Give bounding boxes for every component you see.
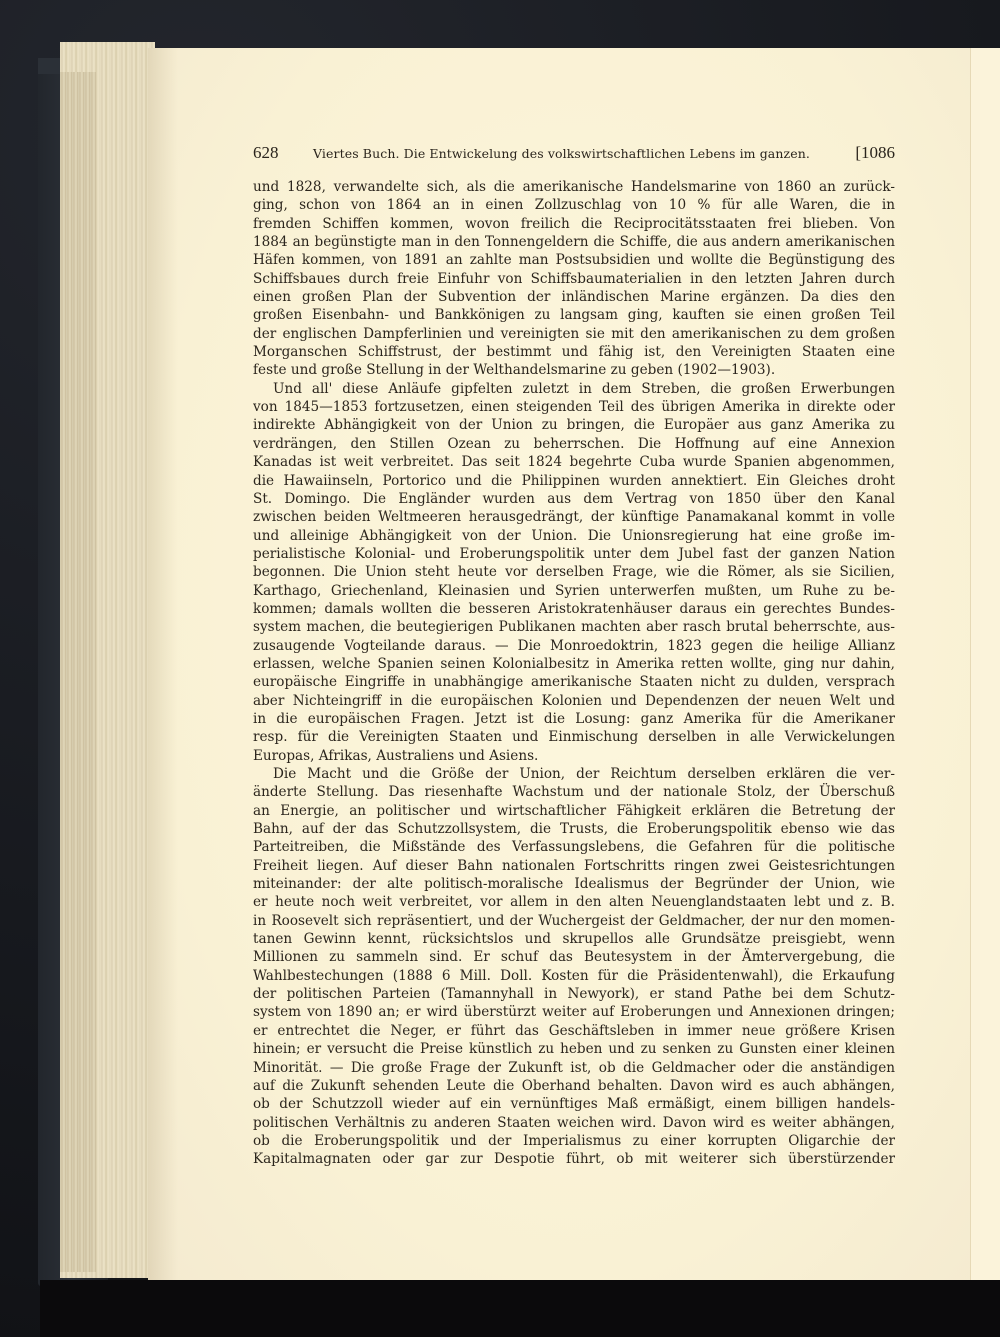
text-line (253, 1169, 895, 1187)
text-line: großen Eisenbahn- und Bankkönigen zu lan… (253, 306, 895, 324)
text-line: tanen Gewinn kennt, rücksichtslos und sk… (253, 930, 895, 948)
running-header: 628 Viertes Buch. Die Entwickelung des v… (253, 143, 895, 165)
text-line: indirekte Abhängigkeit von der Union zu … (253, 416, 895, 434)
text-line: kommen; damals wollten die besseren Aris… (253, 600, 895, 618)
text-line: Schiffsbaues durch freie Einfuhr von Sch… (253, 270, 895, 288)
text-line: perialistische Kolonial- und Eroberungsp… (253, 545, 895, 563)
text-line: der englischen Dampferlinien und vereini… (253, 325, 895, 343)
text-line: der politischen Parteien (Tamannyhall in… (253, 985, 895, 1003)
text-line: Minorität. — Die große Frage der Zukunft… (253, 1059, 895, 1077)
paragraph-start-line: Die Macht und die Größe der Union, der R… (253, 765, 895, 783)
text-line: 1884 an begünstigte man in den Tonnengel… (253, 233, 895, 251)
text-line: Wahlbestechungen (1888 6 Mill. Doll. Kos… (253, 967, 895, 985)
text-line: resp. für die Vereinigten Staaten und Ei… (253, 728, 895, 746)
text-line: Karthago, Griechenland, Kleinasien und S… (253, 582, 895, 600)
text-line: Millionen zu sammeln sind. Er schuf das … (253, 948, 895, 966)
text-line: erlassen, welche Spanien seinen Kolonial… (253, 655, 895, 673)
text-line: Bahn, auf der das Schutzzollsystem, die … (253, 820, 895, 838)
text-line: in Roosevelt sich repräsentiert, und der… (253, 912, 895, 930)
text-line: ob der Schutzzoll wieder auf ein vernünf… (253, 1095, 895, 1113)
text-line: Kanadas ist weit verbreitet. Das seit 18… (253, 453, 895, 471)
text-line: Häfen kommen, von 1891 an zahlte man Pos… (253, 251, 895, 269)
bottom-shadow (40, 1280, 1000, 1337)
text-line: zwischen beiden Weltmeeren herausgedräng… (253, 508, 895, 526)
text-line: von 1845—1853 fortzusetzen, einen steige… (253, 398, 895, 416)
section-number: [1086 (835, 143, 895, 163)
text-line: miteinander: der alte politisch-moralisc… (253, 875, 895, 893)
text-line: und alleinige Abhängigkeit von der Union… (253, 527, 895, 545)
text-line: system von 1890 an; er wird überstürzt w… (253, 1003, 895, 1021)
text-line: hinein; er versucht die Preise künstlich… (253, 1040, 895, 1058)
text-line: Freiheit liegen. Auf dieser Bahn nationa… (253, 857, 895, 875)
page-stack-inner-edges (60, 72, 96, 1272)
text-line: auf die Zukunft sehenden Leute die Oberh… (253, 1077, 895, 1095)
text-line: Parteitreiben, die Mißstände des Verfass… (253, 838, 895, 856)
paragraph-start-line: Und all' diese Anläufe gipfelten zuletzt… (253, 380, 895, 398)
text-line: Europas, Afrikas, Australiens und Asiens… (253, 747, 895, 765)
text-line: die Hawaiinseln, Portorico und die Phili… (253, 472, 895, 490)
text-line: politischen Verhältnis zu anderen Staate… (253, 1114, 895, 1132)
text-line: in die europäischen Fragen. Jetzt ist di… (253, 710, 895, 728)
text-line: Morganschen Schiffstrust, der bestimmt u… (253, 343, 895, 361)
running-title: Viertes Buch. Die Entwickelung des volks… (311, 146, 835, 161)
text-line: zusaugende Vogteilande daraus. — Die Mon… (253, 637, 895, 655)
text-line: system machen, die beutegierigen Publika… (253, 618, 895, 636)
text-line: St. Domingo. Die Engländer wurden aus de… (253, 490, 895, 508)
text-line: er entrechtet die Neger, er führt das Ge… (253, 1022, 895, 1040)
text-line: aber Nichteingriff in die europäischen K… (253, 692, 895, 710)
text-line: begonnen. Die Union steht heute vor ders… (253, 563, 895, 581)
text-line: ob die Eroberungspolitik und der Imperia… (253, 1132, 895, 1150)
body-text: und 1828, verwandelte sich, als die amer… (253, 178, 895, 1187)
text-line: Kapitalmagnaten oder gar zur Despotie fü… (253, 1150, 895, 1168)
text-line: ging, schon von 1864 an in einen Zollzus… (253, 196, 895, 214)
text-line: er heute noch weit verbreitet, vor allem… (253, 893, 895, 911)
page-number: 628 (253, 143, 311, 163)
text-line: europäische Eingriffe in unabhängige ame… (253, 673, 895, 691)
text-line: fremden Schiffen kommen, wovon freilich … (253, 215, 895, 233)
text-line: feste und große Stellung in der Welthand… (253, 361, 895, 379)
text-line: verdrängen, den Stillen Ozean zu beherrs… (253, 435, 895, 453)
text-line: änderte Stellung. Das riesenhafte Wachst… (253, 783, 895, 801)
text-line: an Energie, an politischer und wirtschaf… (253, 802, 895, 820)
facing-page-edge (970, 48, 1000, 1280)
gutter-shadow (148, 48, 178, 1280)
text-line: einen großen Plan der Subvention der inl… (253, 288, 895, 306)
text-line: und 1828, verwandelte sich, als die amer… (253, 178, 895, 196)
